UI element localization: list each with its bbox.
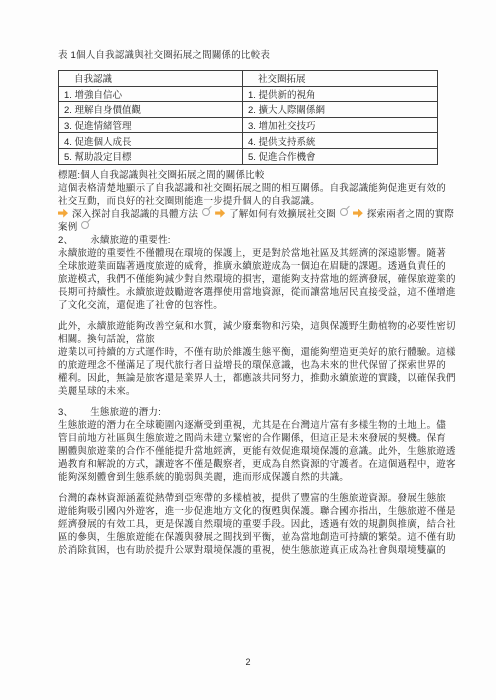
- text-line: 台灣的森林資源涵蓋從熱帶到亞寒帶的多樣植被，提供了豐富的生態旅遊資源。發展生態旅: [58, 492, 440, 505]
- table-row: 3. 促進情緒管理 3. 增加社交技巧: [59, 117, 438, 133]
- text-line: 遊能夠吸引國內外遊客，進一步促進地方文化的復甦與保護。聯合國亦指出，生態旅遊不僅…: [58, 505, 440, 518]
- text-line: 旅遊模式，我們不僅能夠減少對自然環境的損害，還能夠支持當地的經濟發展，確保旅遊業…: [58, 273, 440, 286]
- table-cell: 1. 增強自信心: [59, 86, 243, 102]
- text-line: 管目前地方社區與生態旅遊之間尚未建立緊密的合作關係，但這正是未來發展的契機。保育: [58, 432, 440, 445]
- text-line: 社交互動，而良好的社交圈則能進一步提升個人的自我認識。: [58, 195, 440, 208]
- table-row: 4. 促進個人成長 4. 提供支持系統: [59, 133, 438, 149]
- suggestion-line-2: 案例: [58, 221, 440, 234]
- section-2-paragraph-1: 永續旅遊的重要性不僅體現在環境的保護上，更是對於當地社區及其經濟的深遠影響。隨著…: [58, 247, 440, 312]
- text-line: 經濟發展的有效工具，更是保護自然環境的重要手段。因此，透過有效的規劃與推廣，結合…: [58, 518, 440, 531]
- table-row: 5. 幫助設定目標 5. 促進合作機會: [59, 148, 438, 164]
- text-line: 能夠深刻體會到生態系統的脆弱與美麗，進而形成保護自然的共識。: [58, 471, 440, 484]
- table-row: 1. 增強自信心 1. 提供新的視角: [59, 86, 438, 102]
- section-3-paragraph-2: 台灣的森林資源涵蓋從熱帶到亞寒帶的多樣植被，提供了豐富的生態旅遊資源。發展生態旅…: [58, 492, 440, 557]
- comparison-table: 自我認識 社交圈拓展 1. 增強自信心 1. 提供新的視角 2. 理解自身價值觀…: [58, 70, 438, 165]
- table-cell: 5. 幫助設定目標: [59, 148, 243, 164]
- pointing-finger-icon: [58, 209, 68, 218]
- document-page: 表 1個人自我認識與社交圈拓展之間關係的比較表 自我認識 社交圈拓展 1. 增強…: [0, 0, 496, 700]
- text-line: 長期可持續性。永續旅遊鼓勵遊客選擇使用當地資源，從而讓當地居民直接受益，這不僅增…: [58, 286, 440, 299]
- pointing-finger-icon: [215, 209, 225, 218]
- table-cell: 1. 提供新的視角: [243, 86, 438, 102]
- text-line: 美麗星球的未來。: [58, 385, 440, 398]
- text-line: 的旅遊理念不僅滿足了現代旅行者日益增長的環保意識，也為未來的世代保留了探索世界的: [58, 359, 440, 372]
- text-line: 此外，永續旅遊能夠改善空氣和水質，減少廢棄物和污染，這與保護野生動植物的必要性密…: [58, 320, 440, 333]
- text-line: 過教育和解說的方式，讓遊客不僅是觀察者，更成為自然資源的守護者。在這個過程中，遊…: [58, 458, 440, 471]
- suggestion-text-1: 深入探討自我認識的具體方法: [72, 209, 198, 220]
- link-icon: [81, 221, 89, 229]
- text-line: 於消除貧困，也有助於提升公眾對環境保護的重視，使生態旅遊真正成為社會與環境雙贏的: [58, 544, 440, 557]
- table-cell: 2. 擴大人際關係網: [243, 102, 438, 118]
- table-cell: 4. 提供支持系統: [243, 133, 438, 149]
- suggestion-line-1: 深入探討自我認識的具體方法了解如何有效擴展社交圈探索兩者之間的實際: [58, 208, 440, 221]
- pointing-finger-icon: [353, 209, 363, 218]
- section-3-heading: 3、生態旅遊的潛力:: [58, 406, 440, 419]
- section-3-number: 3、: [58, 407, 73, 418]
- table-cell: 4. 促進個人成長: [59, 133, 243, 149]
- table-header-row: 自我認識 社交圈拓展: [59, 71, 438, 87]
- table-caption: 表 1個人自我認識與社交圈拓展之間關係的比較表: [58, 50, 440, 62]
- suggestion-text-2: 了解如何有效擴展社交圈: [229, 209, 336, 220]
- text-line: 全球旅遊業面臨著過度旅遊的威脅，推廣永續旅遊成為一個迫在眉睫的課題。透過負責任的: [58, 260, 440, 273]
- table-cell: 5. 促進合作機會: [243, 148, 438, 164]
- link-icon: [202, 208, 210, 216]
- section-3-title: 生態旅遊的潛力:: [90, 407, 161, 418]
- text-line: 標題:個人自我認識與社交圈拓展之間的關係比較: [58, 169, 440, 182]
- text-line: 遊業以可持續的方式運作時，不僅有助於維護生態平衡，還能夠塑造更美好的旅行體驗。這…: [58, 346, 440, 359]
- text-line: 相關。換句話說，當旅: [58, 333, 440, 346]
- table-header-cell: 社交圈拓展: [243, 71, 438, 87]
- page-number: 2: [0, 657, 496, 667]
- section-2-heading: 2、永續旅遊的重要性:: [58, 234, 440, 247]
- text-line: 區的參與，生態旅遊能在保護與發展之間找到平衡，並為當地創造可持續的繁榮。這不僅有…: [58, 531, 440, 544]
- section-3-paragraph-1: 生態旅遊的潛力在全球範圍內逐漸受到重視，尤其是在台灣這片富有多樣生物的土地上。儘…: [58, 419, 440, 484]
- text-line: 團體與旅遊業的合作不僅能提升當地經濟，更能有效促進環境保護的意識。此外，生態旅遊…: [58, 445, 440, 458]
- table-cell: 2. 理解自身價值觀: [59, 102, 243, 118]
- section-2-title: 永續旅遊的重要性:: [90, 235, 170, 246]
- text-line: 這個表格清楚地顯示了自我認識和社交圈拓展之間的相互關係。自我認識能夠促進更有效的: [58, 182, 440, 195]
- table-cell: 3. 增加社交技巧: [243, 117, 438, 133]
- text-line: 永續旅遊的重要性不僅體現在環境的保護上，更是對於當地社區及其經濟的深遠影響。隨著: [58, 247, 440, 260]
- suggestion-text-3: 探索兩者之間的實際: [367, 209, 454, 220]
- suggestion-text-3-continued: 案例: [58, 222, 77, 233]
- text-line: 生態旅遊的潛力在全球範圍內逐漸受到重視，尤其是在台灣這片富有多樣生物的土地上。儘: [58, 419, 440, 432]
- link-icon: [340, 208, 348, 216]
- intro-paragraph: 標題:個人自我認識與社交圈拓展之間的關係比較這個表格清楚地顯示了自我認識和社交圈…: [58, 169, 440, 208]
- table-row: 2. 理解自身價值觀 2. 擴大人際關係網: [59, 102, 438, 118]
- table-cell: 3. 促進情緒管理: [59, 117, 243, 133]
- text-line: 了文化交流，還促進了社會的包容性。: [58, 299, 440, 312]
- section-2-number: 2、: [58, 235, 73, 246]
- section-2-paragraph-2: 此外，永續旅遊能夠改善空氣和水質，減少廢棄物和污染，這與保護野生動植物的必要性密…: [58, 320, 440, 398]
- text-line: 權利。因此，無論是旅客還是業界人士，都應該共同努力，推動永續旅遊的實踐，以確保我…: [58, 372, 440, 385]
- document-content: 表 1個人自我認識與社交圈拓展之間關係的比較表 自我認識 社交圈拓展 1. 增強…: [58, 50, 440, 557]
- table-header-cell: 自我認識: [59, 71, 243, 87]
